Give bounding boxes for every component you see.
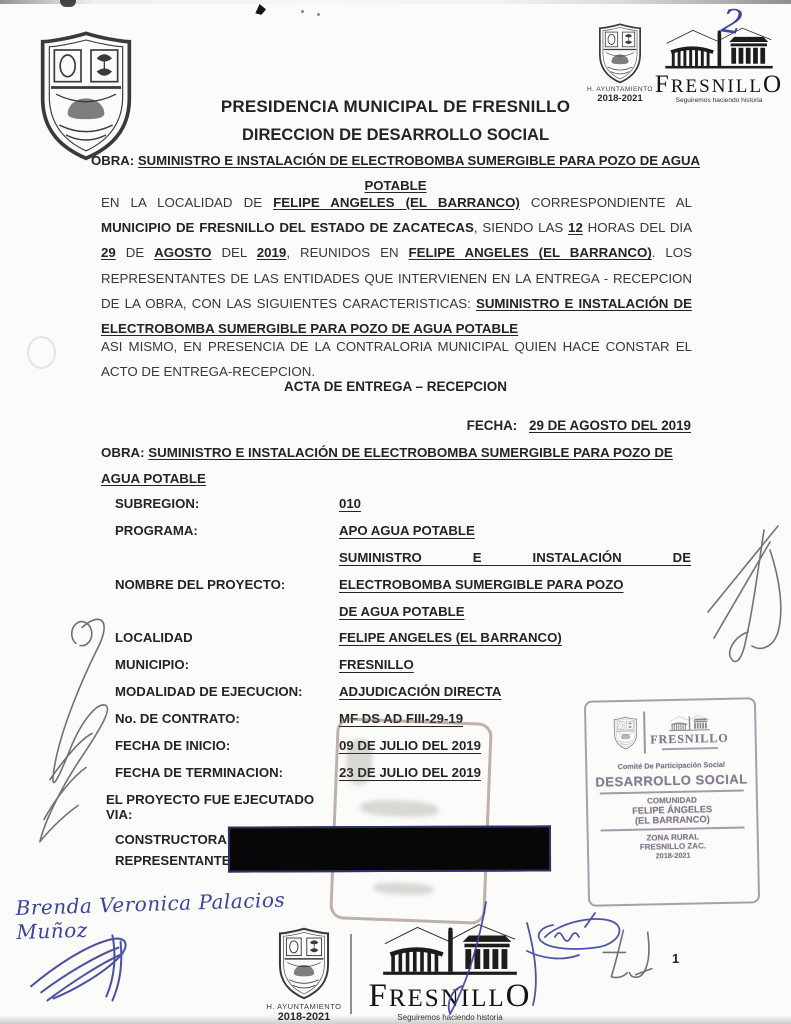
stamp-smudge: [345, 738, 373, 785]
signature-bottom-left: [25, 925, 147, 1017]
fecha-label: FECHA:: [467, 418, 518, 433]
field-row: LOCALIDADFELIPE ANGELES (EL BARRANCO): [115, 630, 692, 657]
field-value: FRESNILLO: [339, 657, 414, 672]
stamp-separator: [600, 789, 744, 794]
stamp-separator: [601, 826, 745, 831]
field-value: ADJUDICACIÓN DIRECTA: [339, 684, 501, 699]
field-row: DE AGUA POTABLE: [115, 604, 692, 631]
fresnillo-tagline: Seguiremos haciendo historia: [676, 97, 763, 104]
stamp-community-name2: (EL BARRANCO): [592, 813, 752, 826]
document-subtitle: DIRECCION DE DESARROLLO SOCIAL: [100, 126, 691, 145]
obra-label: OBRA:: [101, 445, 145, 460]
stamp-header: FRESNILLO: [590, 704, 751, 759]
field-row: PROGRAMA:APO AGUA POTABLE: [115, 523, 692, 550]
signature-initials: [585, 922, 671, 988]
signature-right-margin: [700, 520, 790, 670]
field-label: SUBREGION:: [115, 496, 339, 511]
parties-block: CONSTRUCTORA: REPRESENTANTE:: [115, 829, 235, 871]
ayuntamiento-caption: H. AYUNTAMIENTO: [587, 86, 653, 93]
municipal-crest-icon: [596, 22, 644, 84]
field-row: SUBREGION:010: [115, 496, 692, 523]
obra-heading: OBRA: SUMINISTRO E INSTALACIÓN DE ELECTR…: [90, 153, 701, 168]
ayuntamiento-period: 2018-2021: [278, 1011, 331, 1023]
field-value: 010: [339, 496, 361, 511]
stamp-title: DESARROLLO SOCIAL: [591, 771, 751, 789]
redaction-box: [228, 825, 551, 872]
stamp-smudge: [373, 882, 433, 896]
stamp-divider: [643, 712, 645, 754]
field-value: APO AGUA POTABLE: [339, 523, 475, 538]
fecha-line: FECHA: 29 DE AGOSTO DEL 2019: [100, 418, 691, 433]
field-row: SUMINISTRO E INSTALACIÓN DE: [115, 550, 692, 577]
scan-artifact-blob: [60, 0, 76, 7]
field-label: NOMBRE DEL PROYECTO:: [115, 577, 339, 592]
wordmark-initial: F: [369, 980, 389, 1013]
stamp-gate-icon: [663, 714, 715, 732]
field-value: DE AGUA POTABLE: [339, 604, 465, 619]
field-label: EL PROYECTO FUE EJECUTADO VIA:: [106, 792, 339, 822]
wordmark-middle: RESNILL: [671, 77, 763, 96]
ink-dot: [317, 13, 320, 16]
wordmark-initial: F: [655, 72, 671, 97]
pen-mark-artifact: [252, 3, 266, 15]
scan-ghost-circle: [27, 336, 56, 369]
municipal-crest-icon: [275, 926, 333, 1000]
stamp-smudge: [360, 799, 439, 818]
field-value: SUMINISTRO E INSTALACIÓN DE: [339, 550, 691, 565]
representante-label: REPRESENTANTE:: [115, 850, 235, 871]
stamp-org: Comité De Participación Social: [591, 759, 751, 771]
wordmark-final: O: [763, 72, 783, 97]
obra-text: SUMINISTRO E INSTALACIÓN DE ELECTROBOMBA…: [138, 153, 700, 168]
fecha-value: 29 DE AGOSTO DEL 2019: [529, 418, 691, 433]
stamp-brand-block: FRESNILLO: [650, 713, 729, 750]
acta-title: ACTA DE ENTREGA – RECEPCION: [100, 379, 691, 394]
scanned-document-page: H. AYUNTAMIENTO 2018-2021 F RESNILL O Se…: [0, 0, 791, 1024]
field-label: FECHA DE TERMINACION:: [115, 765, 339, 780]
fresnillo-wordmark: F RESNILL O: [655, 72, 783, 97]
desarrollo-social-stamp: FRESNILLO Comité De Participación Social…: [584, 697, 760, 907]
municipal-crest-icon: [36, 28, 136, 162]
field-label: PROGRAMA:: [115, 523, 339, 538]
field-label: MODALIDAD DE EJECUCION:: [115, 684, 339, 699]
obra-second-heading: OBRA: SUMINISTRO E INSTALACIÓN DE ELECTR…: [101, 440, 692, 491]
signature-left-margin: [20, 608, 120, 856]
scan-edge-top: [0, 0, 791, 4]
field-label: LOCALIDAD: [115, 630, 339, 645]
stamp-brand-bar: [662, 747, 718, 750]
stamp-brand: FRESNILLO: [650, 730, 729, 747]
field-row: MUNICIPIO:FRESNILLO: [115, 657, 692, 684]
field-row: NOMBRE DEL PROYECTO:ELECTROBOMBA SUMERGI…: [115, 577, 692, 604]
stamp-crest-icon: [612, 716, 639, 751]
stamp-period: 2018-2021: [593, 849, 753, 861]
ayuntamiento-logo: H. AYUNTAMIENTO 2018-2021: [583, 22, 657, 104]
field-label: No. DE CONTRATO:: [115, 711, 339, 726]
obra-text-continued: AGUA POTABLE: [101, 471, 206, 486]
ayuntamiento-caption: H. AYUNTAMIENTO: [266, 1002, 341, 1011]
constructora-label: CONSTRUCTORA:: [115, 829, 235, 850]
faded-stamp: [329, 717, 493, 925]
page-number: 1: [672, 951, 679, 966]
logo-divider: [350, 934, 352, 1014]
ayuntamiento-logo: H. AYUNTAMIENTO 2018-2021: [264, 926, 344, 1023]
field-value: FELIPE ANGELES (EL BARRANCO): [339, 630, 562, 645]
ink-dot: [301, 10, 304, 13]
ayuntamiento-period: 2018-2021: [597, 93, 642, 104]
intro-paragraph: EN LA LOCALIDAD DE FELIPE ANGELES (EL BA…: [101, 190, 692, 341]
contraloria-paragraph: ASI MISMO, EN PRESENCIA DE LA CONTRALORI…: [101, 334, 692, 384]
obra-text: SUMINISTRO E INSTALACIÓN DE ELECTROBOMBA…: [148, 445, 673, 460]
field-value: ELECTROBOMBA SUMERGIBLE PARA POZO: [339, 577, 624, 592]
signature-center-stroke: [428, 898, 518, 1018]
field-label: FECHA DE INICIO:: [115, 738, 339, 753]
field-label: MUNICIPIO:: [115, 657, 339, 672]
